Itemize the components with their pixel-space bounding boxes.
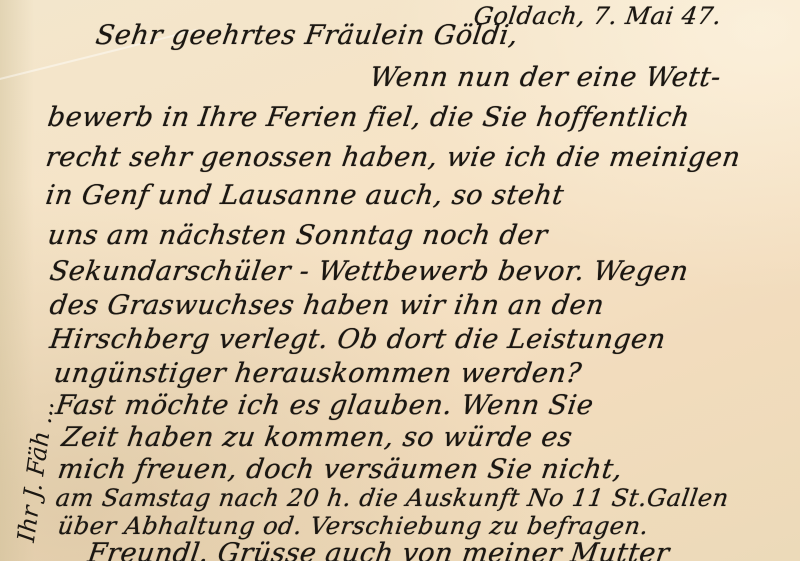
body-line-4: in Genf und Lausanne auch, so steht [44, 182, 566, 209]
postcard: Goldach, 7. Mai 47. Sehr geehrtes Fräule… [0, 0, 800, 561]
body-line-14: über Abhaltung od. Verschiebung zu befra… [56, 514, 650, 538]
body-line-2: bewerb in Ihre Ferien fiel, die Sie hoff… [46, 104, 691, 131]
body-line-12: mich freuen, doch versäumen Sie nicht, [56, 456, 624, 483]
closing-line: Freundl. Grüsse auch von meiner Mutter [86, 540, 671, 561]
body-line-1: Wenn nun der eine Wett- [368, 64, 723, 91]
body-line-11: Zeit haben zu kommen, so würde es [60, 424, 574, 451]
body-line-7: des Graswuchses haben wir ihn an den [48, 292, 606, 319]
salutation: Sehr geehrtes Fräulein Göldi, [94, 22, 520, 49]
body-line-3: recht sehr genossen haben, wie ich die m… [44, 144, 742, 171]
body-line-9: ungünstiger herauskommen werden? [52, 360, 583, 387]
body-line-13: am Samstag nach 20 h. die Auskunft No 11… [54, 486, 730, 510]
body-line-6: Sekundarschüler - Wettbewerb bevor. Wege… [48, 258, 690, 285]
body-line-10: Fast möchte ich es glauben. Wenn Sie [54, 392, 595, 419]
body-line-8: Hirschberg verlegt. Ob dort die Leistung… [48, 326, 667, 353]
body-line-5: uns am nächsten Sonntag noch der [46, 222, 549, 249]
